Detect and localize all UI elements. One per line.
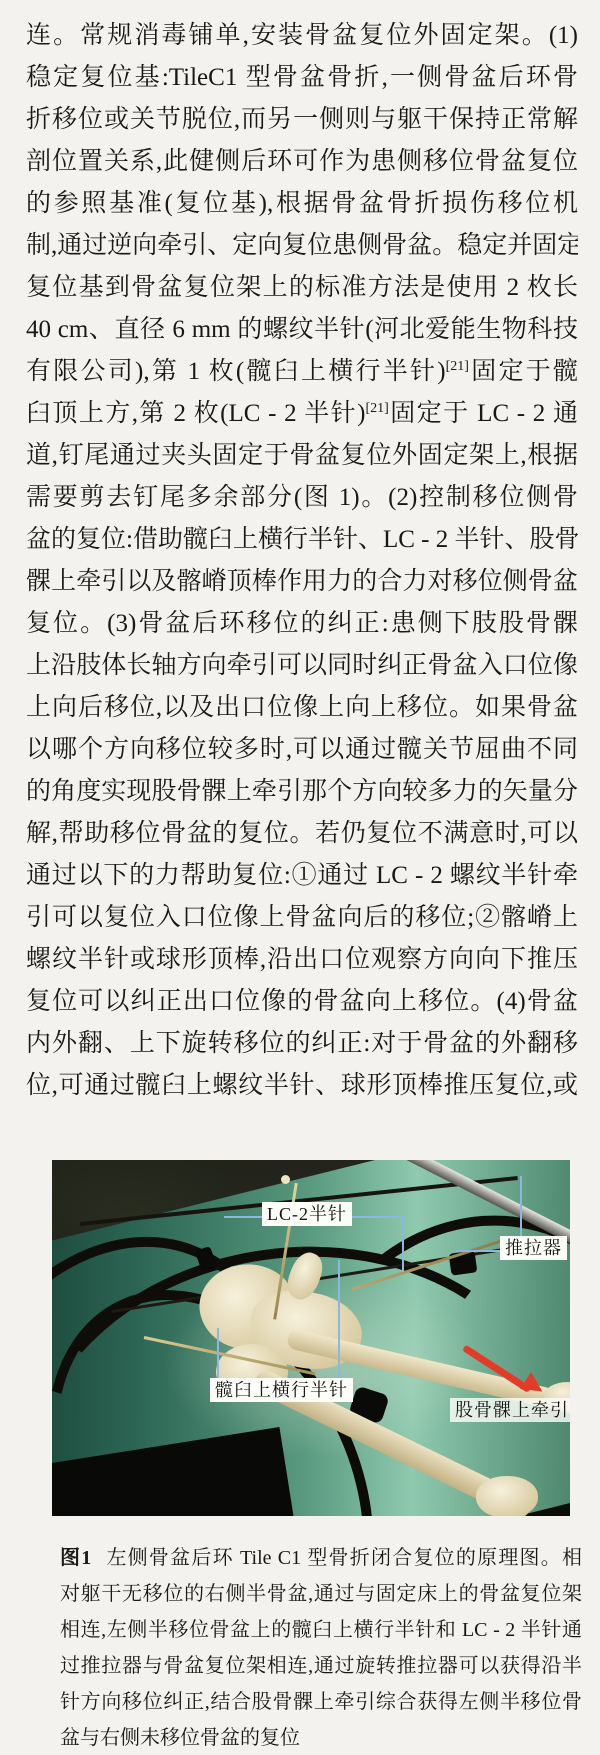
body-text-segment: 以哪个方向移位较多时,可以通过髋关节屈曲不同 (26, 736, 578, 763)
callout-line (224, 1216, 262, 1218)
body-text-line: 引可以复位入口位像上骨盆向后的移位;②髂嵴上 (26, 897, 578, 939)
body-text-segment: 螺纹半针或球形顶棒,沿出口位观察方向向下推压 (26, 946, 578, 973)
body-text-segment: 的参照基准(复位基),根据骨盆骨折损伤移位机 (26, 190, 578, 217)
body-text-segment: 折移位或关节脱位,而另一侧则与躯干保持正常解 (26, 106, 578, 133)
body-text-line: 制,通过逆向牵引、定向复位患侧骨盆。稳定并固定 (26, 225, 578, 267)
article-text: 连。常规消毒铺单,安装骨盆复位外固定架。(1)稳定复位基:TileC1 型骨盆骨… (0, 0, 600, 1107)
figure-photo: LC-2半针 推拉器 髋臼上横行半针 股骨髁上牵引 (52, 1160, 570, 1516)
body-text-line: 上向后移位,以及出口位像上向上移位。如果骨盆 (26, 687, 578, 729)
body-text-line: 道,钉尾通过夹头固定于骨盆复位外固定架上,根据 (26, 435, 578, 477)
body-text-line: 内外翻、上下旋转移位的纠正:对于骨盆的外翻移 (26, 1023, 578, 1065)
citation-reference: [21] (365, 401, 388, 416)
body-text-segment: 髁上牵引以及髂嵴顶棒作用力的合力对移位侧骨盆 (26, 568, 578, 595)
body-text-line: 螺纹半针或球形顶棒,沿出口位观察方向向下推压 (26, 939, 578, 981)
body-text-line: 稳定复位基:TileC1 型骨盆骨折,一侧骨盆后环骨 (26, 57, 578, 99)
body-text-segment: 位,可通过髋臼上螺纹半针、球形顶棒推压复位,或 (26, 1072, 578, 1099)
caption-line: 图1左侧骨盆后环 Tile C1 型骨折闭合复位的原理图。相 (60, 1540, 582, 1576)
body-text-line: 复位基到骨盆复位架上的标准方法是使用 2 枚长 (26, 267, 578, 309)
body-text-segment: 盆的复位:借助髋臼上横行半针、LC - 2 半针、股骨 (26, 526, 578, 553)
figure-1: LC-2半针 推拉器 髋臼上横行半针 股骨髁上牵引 图1左侧骨盆后环 Tile … (0, 1160, 600, 1755)
body-text-segment: 需要剪去钉尾多余部分(图 1)。(2)控制移位侧骨 (26, 484, 578, 511)
body-text-segment: 制,通过逆向牵引、定向复位患侧骨盆。稳定并固定 (26, 232, 578, 259)
body-text-line: 有限公司),第 1 枚(髋臼上横行半针)[21]固定于髋 (26, 351, 578, 393)
caption-text-segment: 过推拉器与骨盆复位架相连,通过旋转推拉器可以获得沿半 (60, 1655, 582, 1677)
caption-line: 相连,左侧半移位骨盆上的髋臼上横行半针和 LC - 2 半针通 (60, 1612, 582, 1648)
body-text-segment: 臼顶上方,第 2 枚(LC - 2 半针) (26, 400, 365, 427)
citation-reference: [21] (446, 359, 469, 374)
body-text-line: 髁上牵引以及髂嵴顶棒作用力的合力对移位侧骨盆 (26, 561, 578, 603)
body-text-segment: 上沿肢体长轴方向牵引可以同时纠正骨盆入口位像 (26, 652, 578, 679)
body-text-segment: 复位可以纠正出口位像的骨盆向上移位。(4)骨盆 (26, 988, 578, 1015)
body-text-segment: 剖位置关系,此健侧后环可作为患侧移位骨盆复位 (26, 148, 578, 175)
figure-caption: 图1左侧骨盆后环 Tile C1 型骨折闭合复位的原理图。相对躯干无移位的右侧半… (60, 1540, 582, 1755)
body-text-segment: 40 cm、直径 6 mm 的螺纹半针(河北爱能生物科技 (26, 316, 578, 343)
callout-line (520, 1176, 522, 1236)
label-femoral-traction: 股骨髁上牵引 (450, 1398, 570, 1422)
label-lc2-pin: LC-2半针 (262, 1202, 352, 1226)
body-text-line: 以哪个方向移位较多时,可以通过髋关节屈曲不同 (26, 729, 578, 771)
label-push-pull-device: 推拉器 (500, 1236, 567, 1260)
body-text-line: 上沿肢体长轴方向牵引可以同时纠正骨盆入口位像 (26, 645, 578, 687)
body-text-segment: 的角度实现股骨髁上牵引那个方向较多力的矢量分 (26, 778, 578, 805)
body-text-line: 40 cm、直径 6 mm 的螺纹半针(河北爱能生物科技 (26, 309, 578, 351)
body-text-segment: 复位。(3)骨盆后环移位的纠正:患侧下肢股骨髁 (26, 610, 578, 637)
body-text-line: 复位可以纠正出口位像的骨盆向上移位。(4)骨盆 (26, 981, 578, 1023)
journal-page: 连。常规消毒铺单,安装骨盆复位外固定架。(1)稳定复位基:TileC1 型骨盆骨… (0, 0, 600, 1755)
caption-line: 对躯干无移位的右侧半骨盆,通过与固定床上的骨盆复位架 (60, 1576, 582, 1612)
pin-tip (281, 1175, 290, 1184)
body-text-segment: 固定于髋 (469, 358, 578, 385)
caption-text-segment: 对躯干无移位的右侧半骨盆,通过与固定床上的骨盆复位架 (60, 1583, 582, 1605)
body-text-line: 连。常规消毒铺单,安装骨盆复位外固定架。(1) (26, 15, 578, 57)
caption-text-segment: 左侧骨盆后环 Tile C1 型骨折闭合复位的原理图。相 (105, 1547, 582, 1569)
callout-line (338, 1260, 340, 1378)
callout-line (217, 1328, 219, 1378)
body-text-line: 剖位置关系,此健侧后环可作为患侧移位骨盆复位 (26, 141, 578, 183)
body-text-segment: 稳定复位基:TileC1 型骨盆骨折,一侧骨盆后环骨 (26, 64, 578, 91)
body-text-segment: 内外翻、上下旋转移位的纠正:对于骨盆的外翻移 (26, 1030, 578, 1057)
body-text-segment: 解,帮助移位骨盆的复位。若仍复位不满意时,可以 (26, 820, 578, 847)
body-text-segment: 复位基到骨盆复位架上的标准方法是使用 2 枚长 (26, 274, 578, 301)
caption-line: 针方向移位纠正,结合股骨髁上牵引综合获得左侧半移位骨 (60, 1684, 582, 1720)
body-text-line: 的角度实现股骨髁上牵引那个方向较多力的矢量分 (26, 771, 578, 813)
femur-condyle (476, 1476, 538, 1516)
body-text-segment: 固定于 LC - 2 通 (389, 400, 578, 427)
body-text-line: 位,可通过髋臼上螺纹半针、球形顶棒推压复位,或 (26, 1065, 578, 1107)
caption-line: 盆与右侧未移位骨盆的复位 (60, 1720, 582, 1755)
body-text-segment: 有限公司),第 1 枚(髋臼上横行半针) (26, 358, 446, 385)
body-text-segment: 连。常规消毒铺单,安装骨盆复位外固定架。(1) (26, 22, 578, 49)
body-text-line: 需要剪去钉尾多余部分(图 1)。(2)控制移位侧骨 (26, 477, 578, 519)
body-text-line: 臼顶上方,第 2 枚(LC - 2 半针)[21]固定于 LC - 2 通 (26, 393, 578, 435)
caption-line: 过推拉器与骨盆复位架相连,通过旋转推拉器可以获得沿半 (60, 1648, 582, 1684)
callout-line (456, 1250, 500, 1252)
body-text-segment: 道,钉尾通过夹头固定于骨盆复位外固定架上,根据 (26, 442, 578, 469)
body-text-line: 通过以下的力帮助复位:①通过 LC - 2 螺纹半针牵 (26, 855, 578, 897)
body-text-line: 盆的复位:借助髋臼上横行半针、LC - 2 半针、股骨 (26, 519, 578, 561)
caption-text-segment: 相连,左侧半移位骨盆上的髋臼上横行半针和 LC - 2 半针通 (60, 1619, 582, 1641)
body-text-line: 折移位或关节脱位,而另一侧则与躯干保持正常解 (26, 99, 578, 141)
body-text-line: 解,帮助移位骨盆的复位。若仍复位不满意时,可以 (26, 813, 578, 855)
label-supra-acetabular-pin: 髋臼上横行半针 (210, 1378, 353, 1402)
body-text-line: 复位。(3)骨盆后环移位的纠正:患侧下肢股骨髁 (26, 603, 578, 645)
body-text-segment: 通过以下的力帮助复位:①通过 LC - 2 螺纹半针牵 (26, 862, 578, 889)
figure-number: 图1 (60, 1547, 91, 1569)
caption-text-segment: 针方向移位纠正,结合股骨髁上牵引综合获得左侧半移位骨 (60, 1691, 582, 1713)
body-text-line: 的参照基准(复位基),根据骨盆骨折损伤移位机 (26, 183, 578, 225)
body-text-segment: 上向后移位,以及出口位像上向上移位。如果骨盆 (26, 694, 578, 721)
body-text-segment: 引可以复位入口位像上骨盆向后的移位;②髂嵴上 (26, 904, 578, 931)
callout-line (402, 1218, 404, 1272)
caption-text-segment: 盆与右侧未移位骨盆的复位 (60, 1727, 300, 1749)
